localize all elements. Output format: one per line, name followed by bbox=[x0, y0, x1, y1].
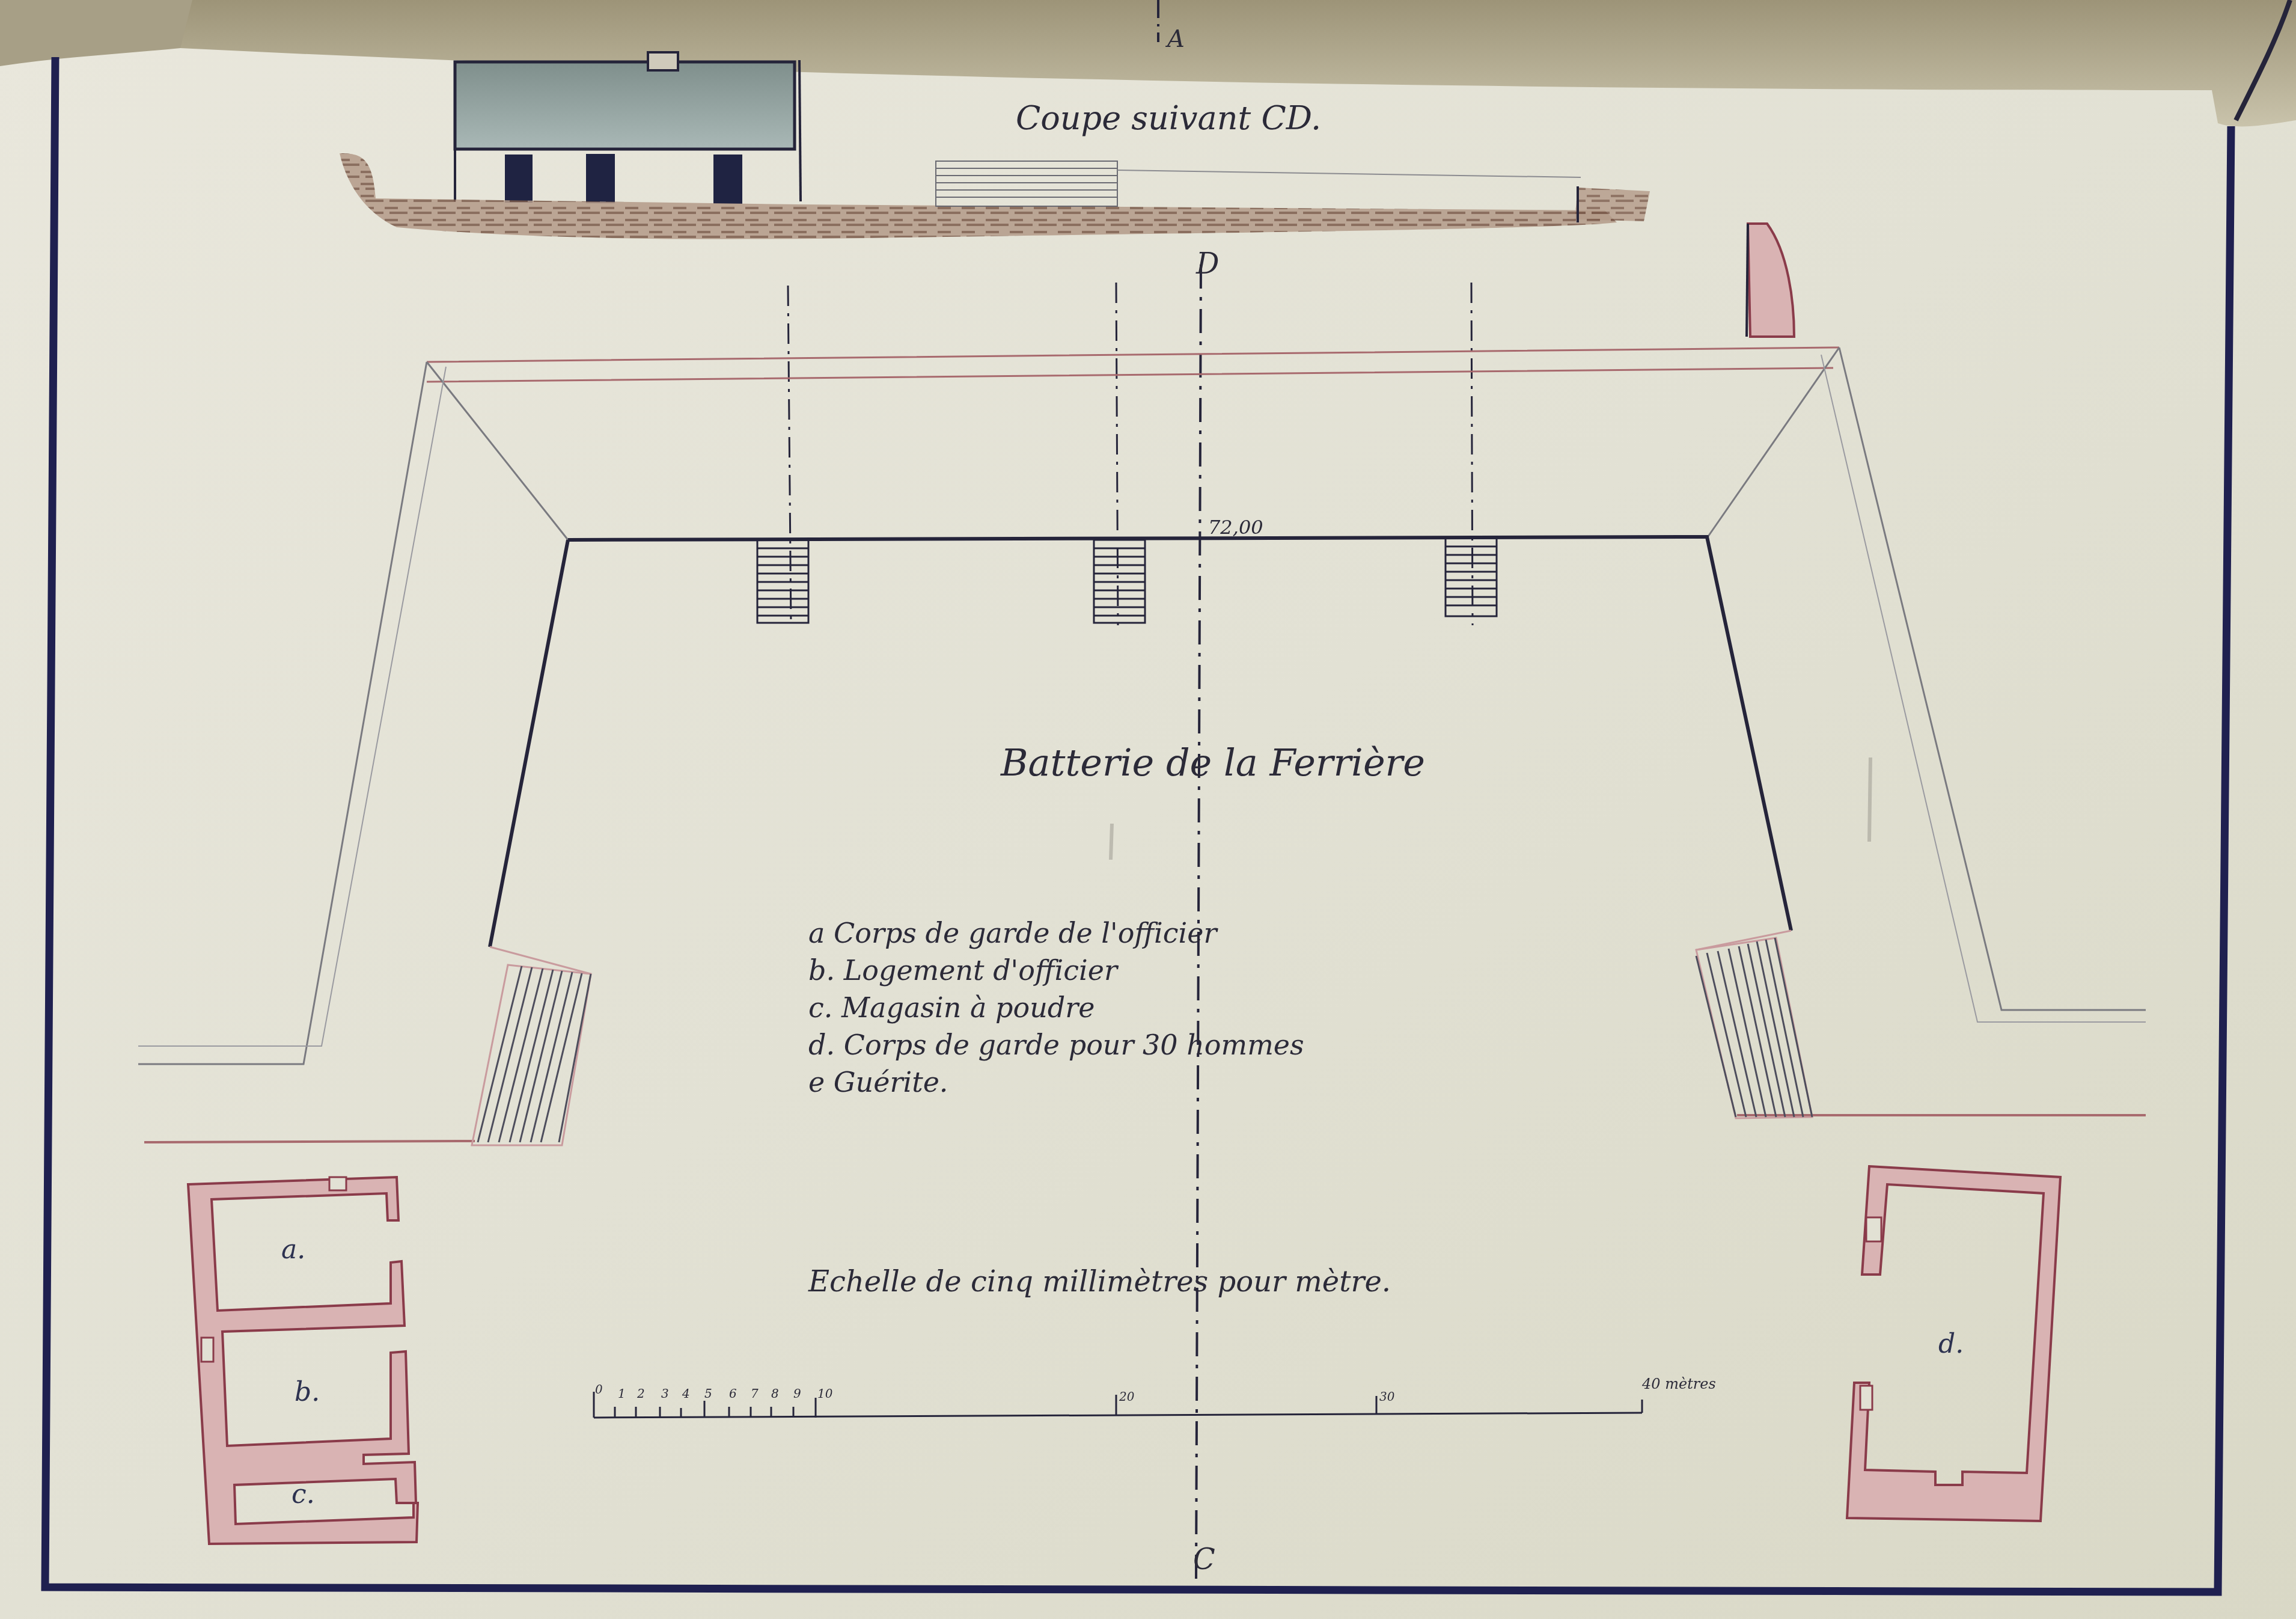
legend-item-d: d. Corps de garde pour 30 hommes bbox=[808, 1029, 1304, 1061]
room-label-b: b. bbox=[295, 1377, 320, 1407]
svg-text:20: 20 bbox=[1119, 1389, 1135, 1404]
elevation-mark: 72,00 bbox=[1208, 516, 1263, 539]
section-title: Coupe suivant CD. bbox=[1016, 99, 1321, 137]
svg-text:3: 3 bbox=[661, 1386, 669, 1401]
section-marker-d: D bbox=[1195, 247, 1219, 281]
plan-title: Batterie de la Ferrière bbox=[1000, 741, 1425, 785]
window-icon bbox=[1866, 1217, 1881, 1241]
room-label-a: a. bbox=[281, 1234, 305, 1265]
room-label-d: d. bbox=[1938, 1329, 1964, 1359]
window-icon bbox=[1860, 1386, 1872, 1410]
svg-text:30: 30 bbox=[1379, 1389, 1395, 1404]
svg-text:10: 10 bbox=[817, 1386, 833, 1401]
section-marker-a: A bbox=[1165, 25, 1185, 53]
svg-text:40 mètres: 40 mètres bbox=[1641, 1376, 1716, 1392]
plan-sheet: Coupe suivant CD. A D C bbox=[0, 0, 2296, 1619]
svg-text:7: 7 bbox=[751, 1386, 759, 1401]
svg-text:0: 0 bbox=[595, 1382, 603, 1397]
chimney-icon bbox=[648, 52, 678, 70]
legend-item-a: a Corps de garde de l'officier bbox=[808, 917, 1218, 949]
window-icon bbox=[201, 1338, 213, 1362]
legend-item-e: e Guérite. bbox=[808, 1066, 948, 1098]
legend-item-c: c. Magasin à poudre bbox=[808, 991, 1095, 1024]
room-label-c: c. bbox=[292, 1479, 315, 1510]
svg-text:2: 2 bbox=[637, 1386, 645, 1401]
svg-text:1: 1 bbox=[618, 1386, 626, 1401]
door-icon bbox=[586, 154, 615, 203]
scale-caption: Echelle de cinq millimètres pour mètre. bbox=[808, 1265, 1391, 1299]
section-marker-c: C bbox=[1193, 1543, 1215, 1576]
svg-text:8: 8 bbox=[771, 1386, 779, 1401]
svg-text:9: 9 bbox=[793, 1386, 801, 1401]
window-icon bbox=[329, 1177, 346, 1190]
svg-text:5: 5 bbox=[704, 1386, 712, 1401]
svg-text:6: 6 bbox=[729, 1386, 737, 1401]
elevation-roof bbox=[455, 62, 795, 149]
door-icon bbox=[713, 155, 742, 204]
plan-drawing: Coupe suivant CD. A D C bbox=[0, 0, 2296, 1619]
door-icon bbox=[505, 155, 533, 203]
legend-item-b: b. Logement d'officier bbox=[808, 954, 1119, 987]
svg-text:4: 4 bbox=[682, 1386, 690, 1401]
